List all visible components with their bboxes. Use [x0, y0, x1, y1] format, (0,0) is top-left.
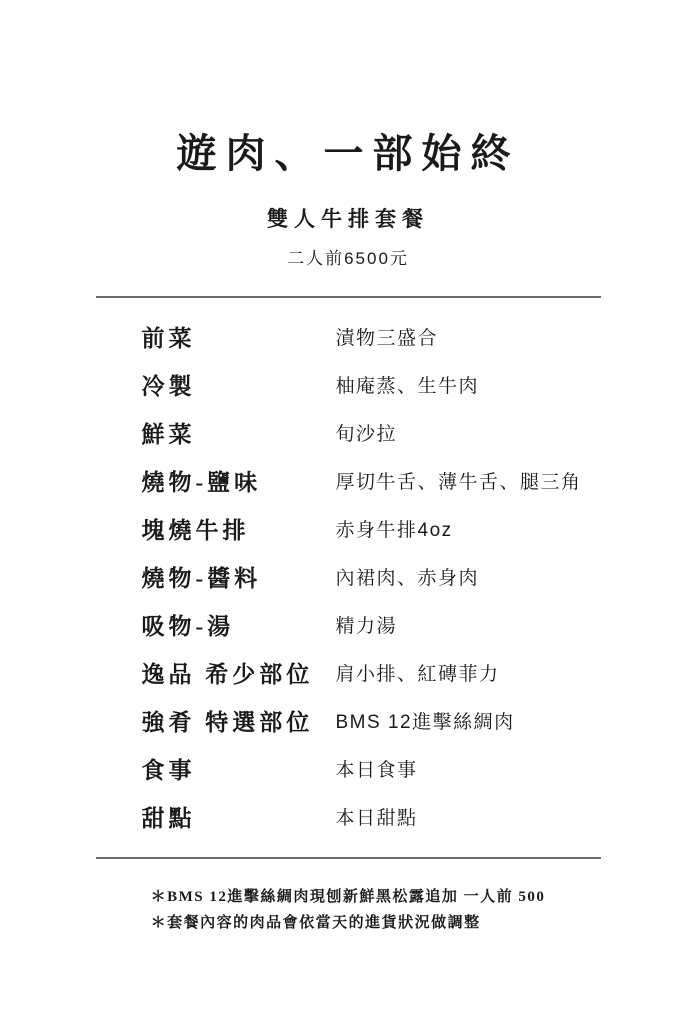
menu-item-row: 冷製柚庵蒸、生牛肉: [96, 360, 601, 408]
course-label: 塊燒牛排: [96, 512, 336, 545]
dish-label: 精力湯: [336, 611, 398, 638]
menu-item-row: 食事本日食事: [96, 744, 601, 792]
dish-label: 柚庵蒸、生牛肉: [336, 371, 480, 398]
dish-label: 內裙肉、赤身肉: [336, 563, 480, 590]
menu-item-row: 吸物-湯精力湯: [96, 600, 601, 648]
course-label: 吸物-湯: [96, 608, 336, 641]
dish-label: 肩小排、紅磚菲力: [336, 659, 500, 686]
course-label: 燒物-醬料: [96, 560, 336, 593]
menu-footnotes: ＊BMS 12進擊絲綢肉現刨新鮮黑松露追加 一人前 500＊套餐內容的肉品會依當…: [151, 884, 546, 936]
divider-bottom: [96, 857, 601, 859]
menu-item-row: 逸品 希少部位肩小排、紅磚菲力: [96, 648, 601, 696]
dish-label: 赤身牛排4oz: [336, 515, 453, 542]
menu-item-row: 強肴 特選部位BMS 12進擊絲綢肉: [96, 696, 601, 744]
dish-label: 本日食事: [336, 755, 418, 782]
course-label: 燒物-鹽味: [96, 464, 336, 497]
course-label: 逸品 希少部位: [96, 656, 336, 689]
menu-subtitle: 雙人牛排套餐: [0, 203, 696, 233]
menu-page: 遊肉、一部始終 雙人牛排套餐 二人前6500元 前菜漬物三盛合冷製柚庵蒸、生牛肉…: [0, 0, 696, 1024]
menu-item-list: 前菜漬物三盛合冷製柚庵蒸、生牛肉鮮菜旬沙拉燒物-鹽味厚切牛舌、薄牛舌、腿三角塊燒…: [96, 312, 601, 840]
menu-item-row: 塊燒牛排赤身牛排4oz: [96, 504, 601, 552]
menu-item-row: 鮮菜旬沙拉: [96, 408, 601, 456]
divider-top: [96, 296, 601, 298]
menu-item-row: 甜點本日甜點: [96, 792, 601, 840]
course-label: 食事: [96, 752, 336, 785]
dish-label: 漬物三盛合: [336, 323, 439, 350]
menu-item-row: 前菜漬物三盛合: [96, 312, 601, 360]
course-label: 冷製: [96, 368, 336, 401]
dish-label: 旬沙拉: [336, 419, 398, 446]
footnote-line: ＊套餐內容的肉品會依當天的進貨狀況做調整: [151, 910, 546, 936]
menu-item-row: 燒物-鹽味厚切牛舌、薄牛舌、腿三角: [96, 456, 601, 504]
course-label: 強肴 特選部位: [96, 704, 336, 737]
menu-item-row: 燒物-醬料內裙肉、赤身肉: [96, 552, 601, 600]
dish-label: 本日甜點: [336, 803, 418, 830]
course-label: 前菜: [96, 320, 336, 353]
dish-label: BMS 12進擊絲綢肉: [336, 707, 515, 734]
menu-price: 二人前6500元: [0, 244, 696, 269]
course-label: 甜點: [96, 800, 336, 833]
dish-label: 厚切牛舌、薄牛舌、腿三角: [336, 467, 582, 494]
footnote-line: ＊BMS 12進擊絲綢肉現刨新鮮黑松露追加 一人前 500: [151, 884, 546, 910]
menu-title: 遊肉、一部始終: [0, 122, 696, 179]
course-label: 鮮菜: [96, 416, 336, 449]
